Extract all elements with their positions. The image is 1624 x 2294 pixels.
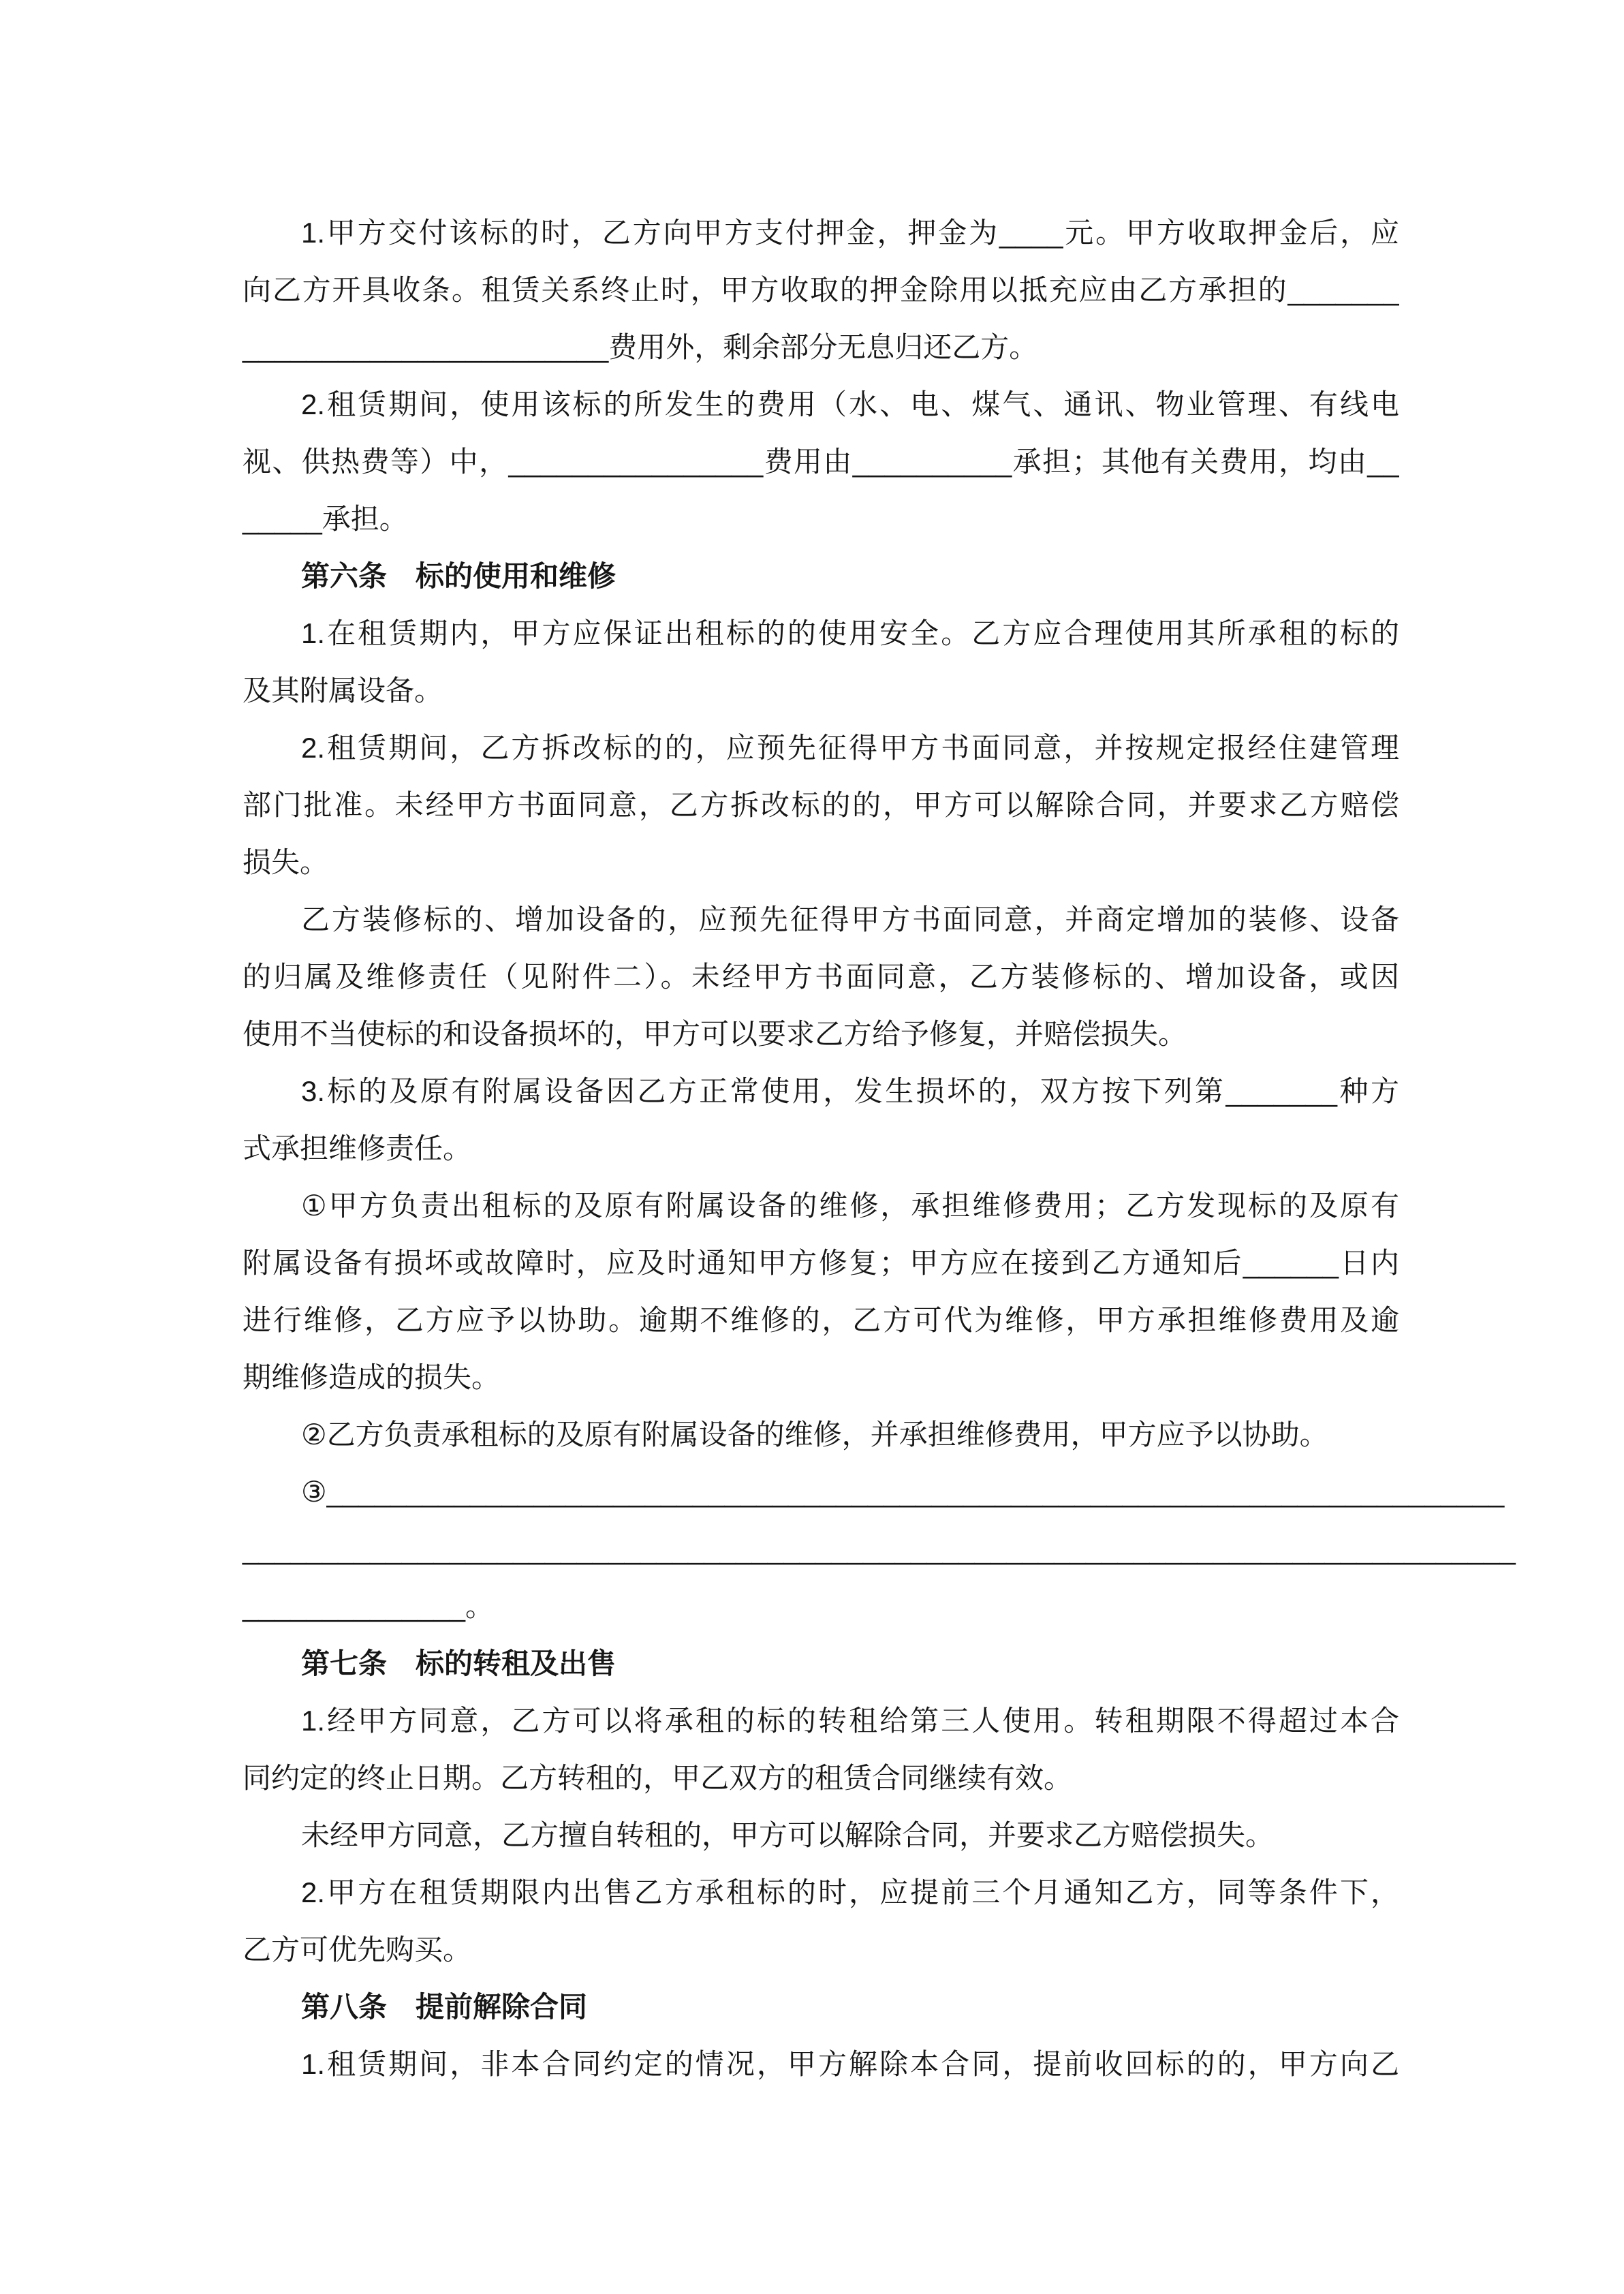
doc-line: 视、供热费等）中，________________费用由__________承担…: [243, 433, 1399, 491]
contract-page: 1.甲方交付该标的时，乙方向甲方支付押金，押金为____元。甲方收取押金后，应向…: [0, 0, 1624, 2294]
doc-line: 期维修造成的损失。: [243, 1349, 1399, 1406]
doc-line: 3.标的及原有附属设备因乙方正常使用，发生损坏的，双方按下列第_______种方: [243, 1063, 1399, 1120]
doc-line: 乙方装修标的、增加设备的，应预先征得甲方书面同意，并商定增加的装修、设备: [243, 891, 1399, 948]
doc-line: 部门批准。未经甲方书面同意，乙方拆改标的的，甲方可以解除合同，并要求乙方赔偿: [243, 777, 1399, 834]
section-heading: 第七条 标的转租及出售: [243, 1635, 1399, 1692]
doc-line: 乙方可优先购买。: [243, 1921, 1399, 1979]
doc-line: 损失。: [243, 834, 1399, 891]
doc-line: 向乙方开具收条。租赁关系终止时，甲方收取的押金除用以抵充应由乙方承担的_____…: [243, 262, 1399, 319]
document-body: 1.甲方交付该标的时，乙方向甲方支付押金，押金为____元。甲方收取押金后，应向…: [243, 204, 1399, 2093]
section-heading: 第八条 提前解除合同: [243, 1979, 1399, 2036]
doc-line: 2.租赁期间，乙方拆改标的的，应预先征得甲方书面同意，并按规定报经住建管理: [243, 719, 1399, 777]
doc-line: ______________。: [243, 1578, 1399, 1635]
doc-line: ①甲方负责出租标的及原有附属设备的维修，承担维修费用；乙方发现标的及原有: [243, 1177, 1399, 1235]
doc-line: _____承担。: [243, 491, 1399, 548]
doc-line: 式承担维修责任。: [243, 1120, 1399, 1177]
doc-line: 的归属及维修责任（见附件二）。未经甲方书面同意，乙方装修标的、增加设备，或因: [243, 948, 1399, 1006]
doc-line: 2.租赁期间，使用该标的所发生的费用（水、电、煤气、通讯、物业管理、有线电: [243, 376, 1399, 433]
doc-line: _______________________费用外，剩余部分无息归还乙方。: [243, 319, 1399, 376]
doc-line: 及其附属设备。: [243, 662, 1399, 719]
doc-line: 未经甲方同意，乙方擅自转租的，甲方可以解除合同，并要求乙方赔偿损失。: [243, 1807, 1399, 1864]
doc-line: 1.租赁期间，非本合同约定的情况，甲方解除本合同，提前收回标的的，甲方向乙: [243, 2036, 1399, 2093]
section-heading: 第六条 标的使用和维修: [243, 548, 1399, 605]
doc-line: 进行维修，乙方应予以协助。逾期不维修的，乙方可代为维修，甲方承担维修费用及逾: [243, 1292, 1399, 1349]
doc-line: 1.甲方交付该标的时，乙方向甲方支付押金，押金为____元。甲方收取押金后，应: [243, 204, 1399, 262]
doc-line: 1.在租赁期内，甲方应保证出租标的的使用安全。乙方应合理使用其所承租的标的: [243, 605, 1399, 662]
doc-line: 1.经甲方同意，乙方可以将承租的标的转租给第三人使用。转租期限不得超过本合: [243, 1692, 1399, 1750]
doc-line: 附属设备有损坏或故障时，应及时通知甲方修复；甲方应在接到乙方通知后______日…: [243, 1235, 1399, 1292]
doc-line: ③_______________________________________…: [243, 1463, 1399, 1521]
doc-line: ②乙方负责承租标的及原有附属设备的维修，并承担维修费用，甲方应予以协助。: [243, 1406, 1399, 1463]
doc-line: 同约定的终止日期。乙方转租的，甲乙双方的租赁合同继续有效。: [243, 1750, 1399, 1807]
doc-line: ________________________________________…: [243, 1521, 1399, 1578]
doc-line: 2.甲方在租赁期限内出售乙方承租标的时，应提前三个月通知乙方，同等条件下，: [243, 1864, 1399, 1921]
doc-line: 使用不当使标的和设备损坏的，甲方可以要求乙方给予修复，并赔偿损失。: [243, 1006, 1399, 1063]
